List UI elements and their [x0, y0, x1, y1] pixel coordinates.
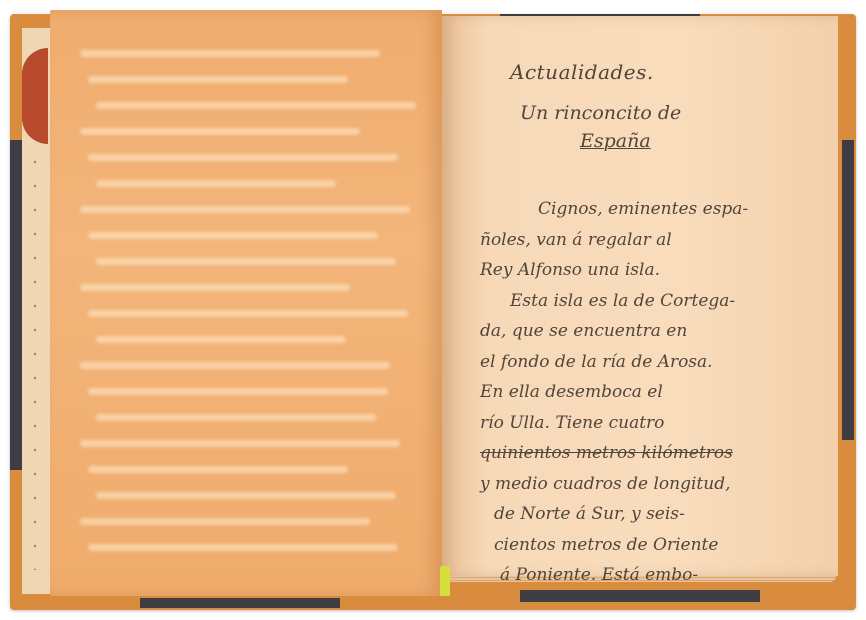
cover-dark-patch	[842, 140, 854, 440]
text-line: ñoles, van á regalar al	[480, 225, 830, 256]
bleed-through-line	[88, 310, 408, 317]
text-line: y medio cuadros de longitud,	[480, 469, 830, 500]
notebook-photo: Actualidades. Un rinconcito de España Ci…	[0, 0, 866, 620]
bleed-through-line	[88, 76, 348, 83]
cover-dark-patch	[140, 598, 340, 608]
text-line-struck: quinientos metros kilómetros	[480, 438, 830, 469]
handwritten-text: Actualidades. Un rinconcito de España Ci…	[480, 60, 830, 591]
bleed-through-line	[88, 232, 378, 239]
bleed-through-line	[88, 544, 398, 551]
text-line: Rey Alfonso una isla.	[480, 255, 830, 286]
bleed-through-line	[96, 492, 396, 499]
text-line: Cignos, eminentes espa-	[480, 194, 830, 225]
bleed-through-line	[80, 50, 380, 57]
text-line: da, que se encuentra en	[480, 316, 830, 347]
bleed-through-line	[96, 414, 376, 421]
strip-marks	[30, 150, 40, 570]
page-subheading: Un rinconcito de	[520, 102, 830, 124]
bleed-through-line	[88, 388, 388, 395]
text-line: río Ulla. Tiene cuatro	[480, 408, 830, 439]
bleed-through-line	[96, 336, 346, 343]
handwritten-body: Cignos, eminentes espa- ñoles, van á reg…	[480, 194, 830, 591]
text-line: En ella desemboca el	[480, 377, 830, 408]
bleed-through-line	[80, 206, 410, 213]
text-line: de Norte á Sur, y seis-	[480, 499, 830, 530]
bleed-through-line	[88, 154, 398, 161]
left-page	[50, 10, 442, 596]
text-line: Esta isla es la de Cortega-	[480, 286, 830, 317]
text-line: cientos metros de Oriente	[480, 530, 830, 561]
bleed-through-line	[80, 128, 360, 135]
bleed-through-line	[88, 466, 348, 473]
bleed-through-line	[96, 258, 396, 265]
bleed-through-line	[80, 440, 400, 447]
page-subheading-2: España	[580, 130, 830, 152]
bleed-through-line	[96, 102, 416, 109]
bleed-through-line	[80, 518, 370, 525]
bleed-through-line	[80, 284, 350, 291]
cover-dark-patch	[520, 590, 760, 602]
bleed-through-line	[80, 362, 390, 369]
text-line: el fondo de la ría de Arosa.	[480, 347, 830, 378]
page-heading: Actualidades.	[510, 60, 830, 84]
bleed-through-line	[96, 180, 336, 187]
text-line: á Poniente. Está embo-	[480, 560, 830, 591]
red-seal	[22, 48, 48, 144]
bookmark-ribbon	[440, 566, 450, 596]
